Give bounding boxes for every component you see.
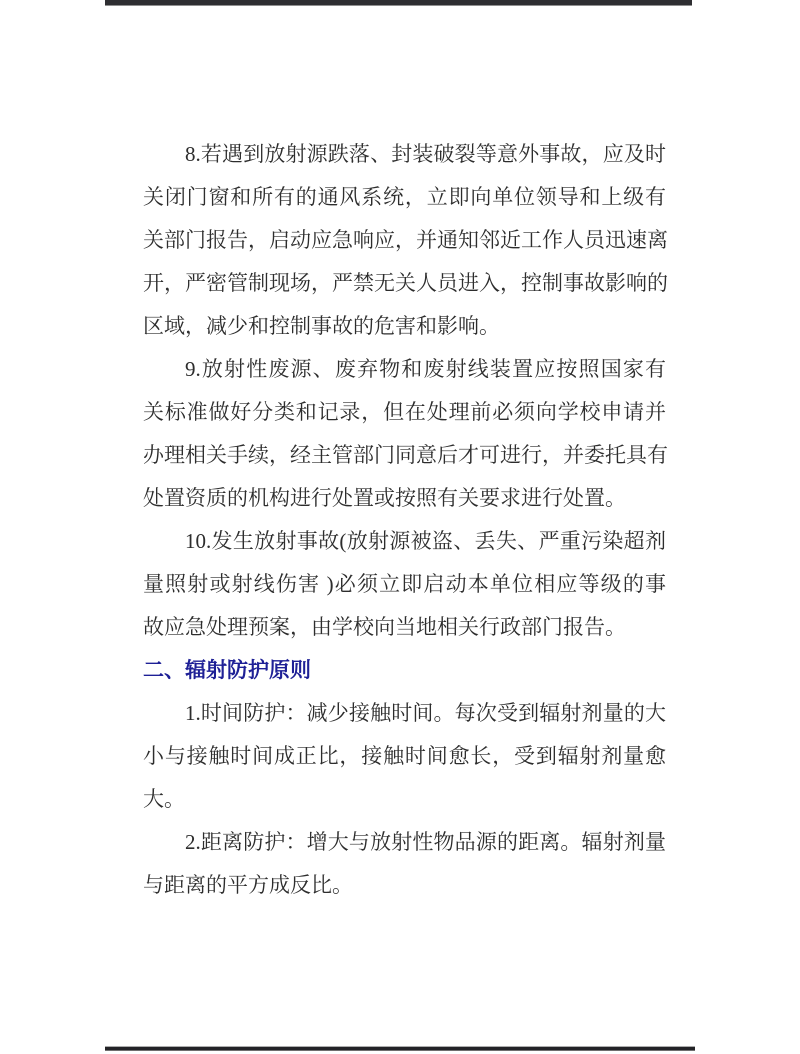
text-line: 8.若遇到放射源跌落、封装破裂等意外事故，应及时	[143, 133, 666, 176]
text-line: 小与接触时间成正比，接触时间愈长，受到辐射剂量愈	[143, 735, 666, 778]
text-line: 关闭门窗和所有的通风系统，立即向单位领导和上级有	[143, 176, 666, 219]
paragraph-distance-protection: 2.距离防护：增大与放射性物品源的距离。辐射剂量 与距离的平方成反比。	[143, 821, 666, 907]
text-line: 量照射或射线伤害 )必须立即启动本单位相应等级的事	[143, 563, 666, 606]
section-heading: 二、辐射防护原则	[143, 649, 666, 692]
text-line: 故应急处理预案，由学校向当地相关行政部门报告。	[143, 606, 666, 649]
page-edge-bottom	[105, 1046, 695, 1051]
text-line: 2.距离防护：增大与放射性物品源的距离。辐射剂量	[143, 821, 666, 864]
text-line: 办理相关手续，经主管部门同意后才可进行，并委托具有	[143, 434, 666, 477]
text-line: 10.发生放射事故(放射源被盗、丢失、严重污染超剂	[143, 520, 666, 563]
document-text: 8.若遇到放射源跌落、封装破裂等意外事故，应及时 关闭门窗和所有的通风系统，立即…	[143, 133, 666, 907]
text-line: 处置资质的机构进行处置或按照有关要求进行处置。	[143, 477, 666, 520]
text-line: 关部门报告，启动应急响应，并通知邻近工作人员迅速离	[143, 219, 666, 262]
paragraph-item-8: 8.若遇到放射源跌落、封装破裂等意外事故，应及时 关闭门窗和所有的通风系统，立即…	[143, 133, 666, 348]
paragraph-item-9: 9.放射性废源、废弃物和废射线装置应按照国家有 关标准做好分类和记录，但在处理前…	[143, 348, 666, 520]
page-edge-top	[105, 0, 692, 6]
text-line: 与距离的平方成反比。	[143, 864, 666, 907]
text-line: 9.放射性废源、废弃物和废射线装置应按照国家有	[143, 348, 666, 391]
text-line: 区域，减少和控制事故的危害和影响。	[143, 305, 666, 348]
text-line: 关标准做好分类和记录，但在处理前必须向学校申请并	[143, 391, 666, 434]
paragraph-item-10: 10.发生放射事故(放射源被盗、丢失、严重污染超剂 量照射或射线伤害 )必须立即…	[143, 520, 666, 649]
text-line: 大。	[143, 778, 666, 821]
text-line: 1.时间防护：减少接触时间。每次受到辐射剂量的大	[143, 692, 666, 735]
text-line: 开，严密管制现场，严禁无关人员进入，控制事故影响的	[143, 262, 666, 305]
document-page: 8.若遇到放射源跌落、封装破裂等意外事故，应及时 关闭门窗和所有的通风系统，立即…	[0, 0, 800, 1054]
paragraph-time-protection: 1.时间防护：减少接触时间。每次受到辐射剂量的大 小与接触时间成正比，接触时间愈…	[143, 692, 666, 821]
